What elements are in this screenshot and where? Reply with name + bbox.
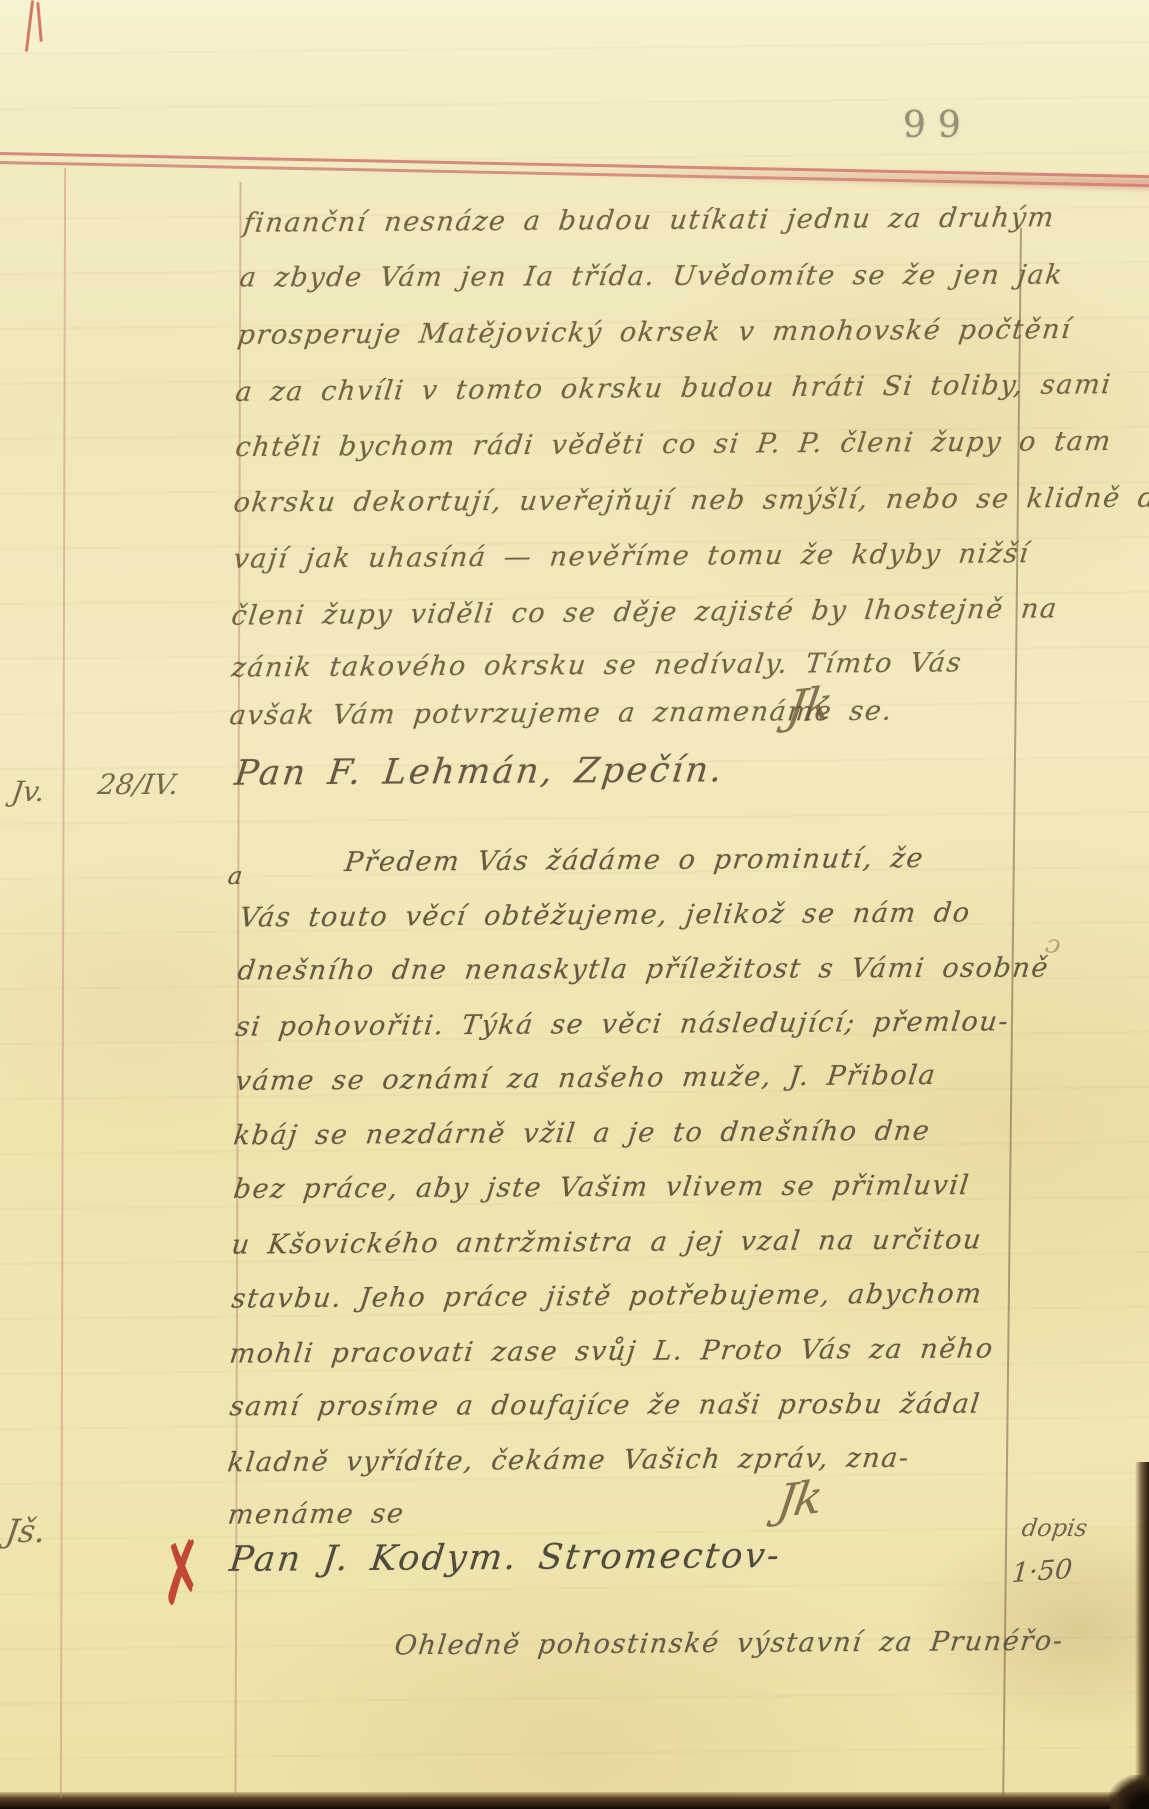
- handwritten-line: si pohovořiti. Týká se věci následující;…: [234, 1006, 1011, 1042]
- handwritten-line: mohli pracovati zase svůj L. Proto Vás z…: [228, 1333, 996, 1369]
- margin-clerk-initials: Jv.: [10, 775, 47, 808]
- handwritten-line: u Kšovického antržmistra a jej vzal na u…: [230, 1224, 984, 1260]
- signature-flourish: Jk: [774, 1470, 825, 1528]
- signature-flourish: Jk: [784, 676, 835, 734]
- handwritten-line: stavbu. Jeho práce jistě potřebujeme, ab…: [230, 1278, 984, 1314]
- scan-edge-right: [1135, 1462, 1149, 1809]
- letter-heading-addressee: Pan F. Lehmán, Zpečín.: [232, 750, 726, 793]
- handwritten-line: menáme se: [226, 1498, 406, 1530]
- scan-edge-corner: [1109, 1775, 1149, 1809]
- margin-date-note: 28/IV.: [96, 768, 181, 801]
- red-x-mark: ✗: [155, 1529, 208, 1619]
- inserted-correction-word: a: [226, 862, 245, 890]
- handwritten-line: Ohledně pohostinské výstavní za Prunéřo-: [393, 1626, 1065, 1662]
- handwritten-line: váme se oznámí za našeho muže, J. Přibol…: [234, 1060, 938, 1097]
- handwritten-line: samí prosíme a doufajíce že naši prosbu …: [228, 1389, 983, 1423]
- margin-clerk-initials: Jš.: [3, 1512, 48, 1550]
- handwritten-line: Předem Vás žádáme o prominutí, že: [343, 843, 926, 878]
- margin-note-amount: 1·50: [1011, 1554, 1074, 1589]
- handwritten-line: okrsku dekortují, uveřejňují neb smýšlí,…: [232, 483, 1149, 519]
- handwritten-line: Vás touto věcí obtěžujeme, jelikož se ná…: [238, 897, 973, 933]
- handwritten-line: finanční nesnáze a budou utíkati jednu z…: [242, 202, 1057, 239]
- scan-edge-bottom: [0, 1792, 1149, 1809]
- handwritten-line: kbáj se nezdárně vžil a je to dnešního d…: [232, 1116, 932, 1152]
- handwritten-line: a zbyde Vám jen Ia třída. Uvědomíte se ž…: [238, 260, 1065, 294]
- handwritten-line: zánik takového okrsku se nedívaly. Tímto…: [230, 647, 964, 683]
- handwritten-line: bez práce, aby jste Vašim vlivem se přim…: [232, 1170, 972, 1205]
- handwritten-line: prosperuje Matějovický okrsek v mnohovsk…: [236, 314, 1073, 351]
- handwritten-line: chtěli bychom rádi věděti co si P. P. čl…: [234, 426, 1114, 463]
- letter-heading-addressee: Pan J. Kodym. Stromectov-: [227, 1536, 783, 1580]
- handwritten-line: vají jak uhasíná — nevěříme tomu že kdyb…: [232, 538, 1031, 575]
- margin-note-label: dopis: [1020, 1514, 1089, 1542]
- handwritten-line: dnešního dne nenaskytla příležitost s Vá…: [236, 953, 1051, 987]
- page-number-stamp: 99: [903, 105, 973, 146]
